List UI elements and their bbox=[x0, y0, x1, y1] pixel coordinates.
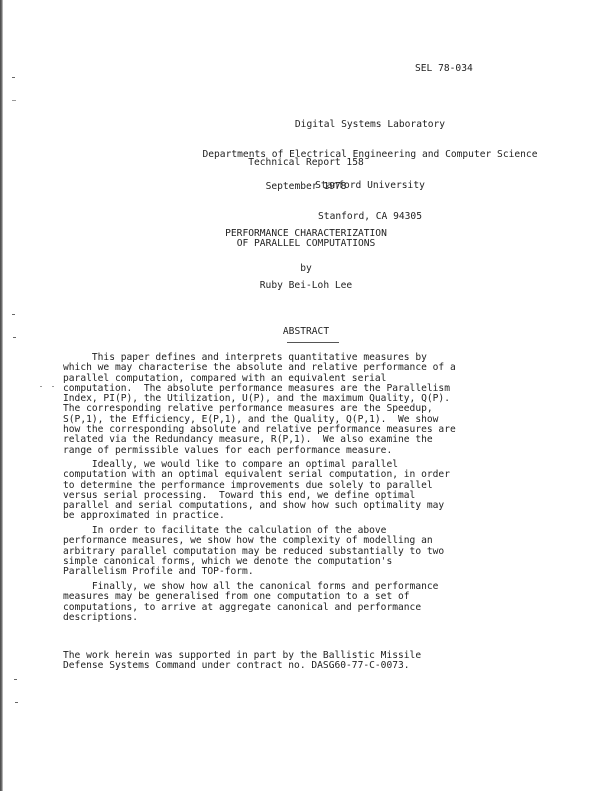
report-number: Technical Report 158 bbox=[0, 158, 612, 168]
abstract-underline bbox=[287, 342, 339, 343]
scan-speck bbox=[14, 679, 17, 680]
scan-speck bbox=[12, 77, 15, 78]
abstract-paragraph-3: In order to facilitate the calculation o… bbox=[63, 526, 444, 577]
abstract-paragraph-2: Ideally, we would like to compare an opt… bbox=[63, 460, 450, 522]
scan-speck bbox=[40, 386, 42, 387]
by-label: by bbox=[0, 264, 612, 274]
scan-edge-shadow bbox=[0, 0, 3, 791]
scan-speck bbox=[12, 100, 16, 101]
report-id: SEL 78-034 bbox=[415, 64, 473, 74]
affiliation-lab: Digital Systems Laboratory bbox=[150, 120, 590, 130]
abstract-paragraph-1: This paper defines and interprets quanti… bbox=[63, 353, 456, 456]
title-line-2: OF PARALLEL COMPUTATIONS bbox=[0, 239, 612, 249]
author-name: Ruby Bei-Loh Lee bbox=[0, 281, 612, 291]
funding-footnote: The work herein was supported in part by… bbox=[63, 651, 421, 672]
abstract-heading: ABSTRACT bbox=[0, 327, 612, 337]
scan-speck bbox=[12, 314, 15, 315]
abstract-paragraph-4: Finally, we show how all the canonical f… bbox=[63, 582, 438, 623]
affiliation-address: Stanford, CA 94305 bbox=[150, 212, 590, 222]
scan-speck bbox=[15, 702, 18, 703]
report-date: September 1978 bbox=[0, 182, 612, 192]
scan-speck bbox=[52, 386, 54, 387]
